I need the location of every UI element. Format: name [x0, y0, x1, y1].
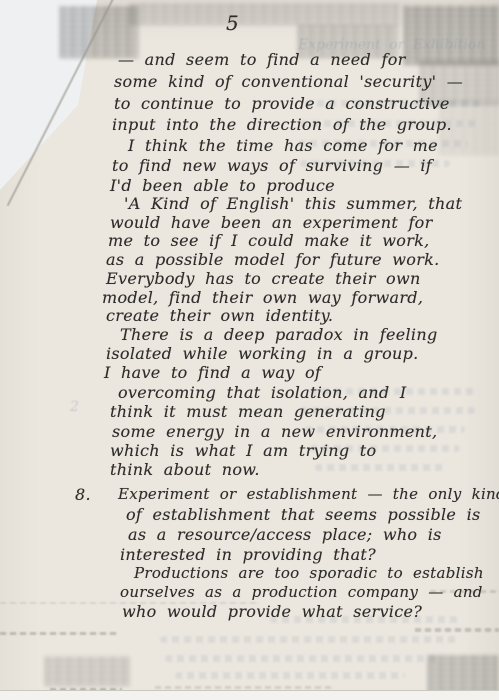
handwritten-line: think it must mean generating [110, 404, 386, 420]
handwritten-line: as a resource/access place; who is [128, 527, 442, 543]
handwritten-line: 8. [75, 487, 91, 503]
toner-streak-bottom-left [0, 632, 118, 635]
handwritten-line: would have been an experiment for [110, 215, 433, 231]
handwritten-line: model, find their own way forward, [102, 290, 423, 306]
handwritten-line: some kind of conventional 'security' — [114, 74, 463, 90]
handwritten-line: 5 [226, 13, 239, 33]
handwritten-line: some energy in a new environment, [112, 424, 437, 440]
handwritten-line: isolated while working in a group. [106, 346, 419, 362]
handwritten-line: — and seem to find a need for [118, 52, 406, 68]
handwritten-line: to continue to provide a constructive [114, 96, 450, 112]
handwritten-line: ourselves as a production company — and [120, 585, 483, 600]
handwritten-line: interested in providing that? [120, 547, 376, 563]
handwritten-line: me to see if I could make it work, [108, 233, 430, 249]
handwritten-line: to find new ways of surviving — if [112, 158, 432, 174]
handwritten-line: Experiment or establishment — the only k… [118, 487, 499, 502]
toner-blotch-bottom-left [45, 656, 130, 686]
showthrough-squiggle [175, 672, 405, 679]
toner-smudge-top-right [404, 5, 499, 65]
toner-streak-bottom-center [155, 686, 335, 689]
handwritten-line: input into the direction of the group. [112, 117, 452, 133]
handwritten-line: think about now. [110, 462, 260, 478]
handwritten-line: There is a deep paradox in feeling [120, 327, 438, 343]
toner-smudge-top-band [130, 3, 400, 25]
scanned-page: Experiment or Exhibition2 5— and seem to… [0, 0, 499, 700]
handwritten-line: 'A Kind of English' this summer, that [124, 196, 462, 212]
toner-streak-right-2 [415, 628, 499, 632]
showthrough-squiggle [165, 655, 440, 662]
handwritten-line: of establishment that seems possible is [126, 507, 481, 523]
handwritten-line: who would provide what service? [122, 604, 422, 620]
handwritten-line: I have to find a way of [104, 365, 321, 381]
next-page-edge [0, 690, 499, 700]
handwritten-line: create their own identity. [106, 308, 333, 324]
handwritten-line: overcoming that isolation, and I [118, 385, 406, 401]
handwritten-line: Everybody has to create their own [106, 271, 421, 287]
showthrough-squiggle [315, 464, 445, 471]
handwritten-line: which is what I am trying to [110, 443, 376, 459]
ghost-text-line: 2 [70, 400, 79, 414]
page-corner-fold [0, 0, 110, 200]
handwritten-line: as a possible model for future work. [106, 252, 440, 268]
showthrough-squiggle [160, 636, 460, 643]
handwritten-line: Productions are too sporadic to establis… [134, 566, 484, 581]
handwritten-line: I'd been able to produce [110, 178, 335, 194]
handwritten-line: I think the time has come for me [128, 138, 438, 154]
